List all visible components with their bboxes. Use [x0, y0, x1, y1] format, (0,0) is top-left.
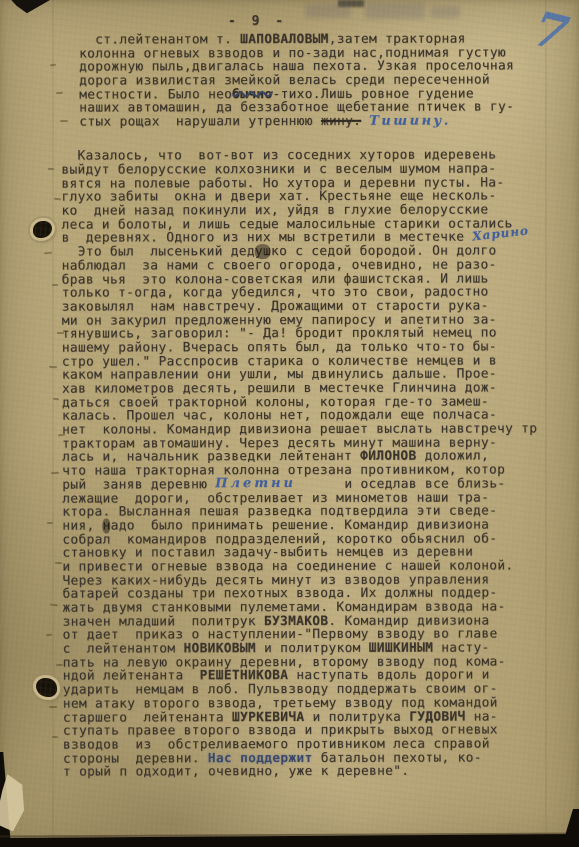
fold-mark: [60, 120, 68, 122]
typed-segment: стых рощах нарушали утреннюю: [79, 114, 321, 130]
paper-hole: [36, 678, 57, 697]
text-line: т орый п одходит, очевидно, уже к деревн…: [63, 764, 579, 779]
fold-mark: [49, 706, 57, 708]
typed-text: ст.лейтенантом т. ШАПОВАЛОВЫМ,затем трак…: [0, 32, 579, 779]
handwritten-annotation: Тишину.: [369, 114, 451, 129]
typed-segment: жину.: [321, 114, 361, 129]
typed-page-number: - 9 -: [228, 14, 287, 29]
handwritten-annotation: Харино: [471, 225, 529, 245]
text-line: стых рощах нарушали утреннюю жину. Тишин…: [79, 114, 578, 129]
ghost-stamp-mark: [430, 6, 460, 18]
fold-mark: [52, 736, 58, 738]
fold-mark: [56, 664, 63, 666]
fold-mark: [55, 562, 62, 564]
paper-sheet: - 9 - 7 ст.лейтенантом т. ШАПОВАЛОВЫМ,за…: [0, 0, 579, 847]
ghost-stamp-mark: [365, 3, 425, 19]
paragraph: Казалось, что вот-вот из соседних хуторо…: [61, 149, 579, 780]
fold-mark: [48, 168, 54, 170]
fold-mark: [47, 522, 53, 524]
scanned-document-page: - 9 - 7 ст.лейтенантом т. ШАПОВАЛОВЫМ,за…: [0, 0, 579, 847]
typed-segment: т орый п одходит, очевидно, уже к деревн…: [63, 764, 409, 780]
fold-mark: [57, 332, 64, 334]
fold-mark: [52, 284, 58, 286]
fold-mark: [49, 366, 57, 368]
handwritten-annotation: Плетни: [215, 477, 296, 491]
fold-mark: [56, 92, 63, 94]
fold-mark: [51, 472, 59, 474]
paragraph: ст.лейтенантом т. ШАПОВАЛОВЫМ,затем трак…: [79, 32, 578, 129]
typed-segment: [361, 114, 369, 129]
ghost-stamp-mark: [305, 4, 351, 18]
